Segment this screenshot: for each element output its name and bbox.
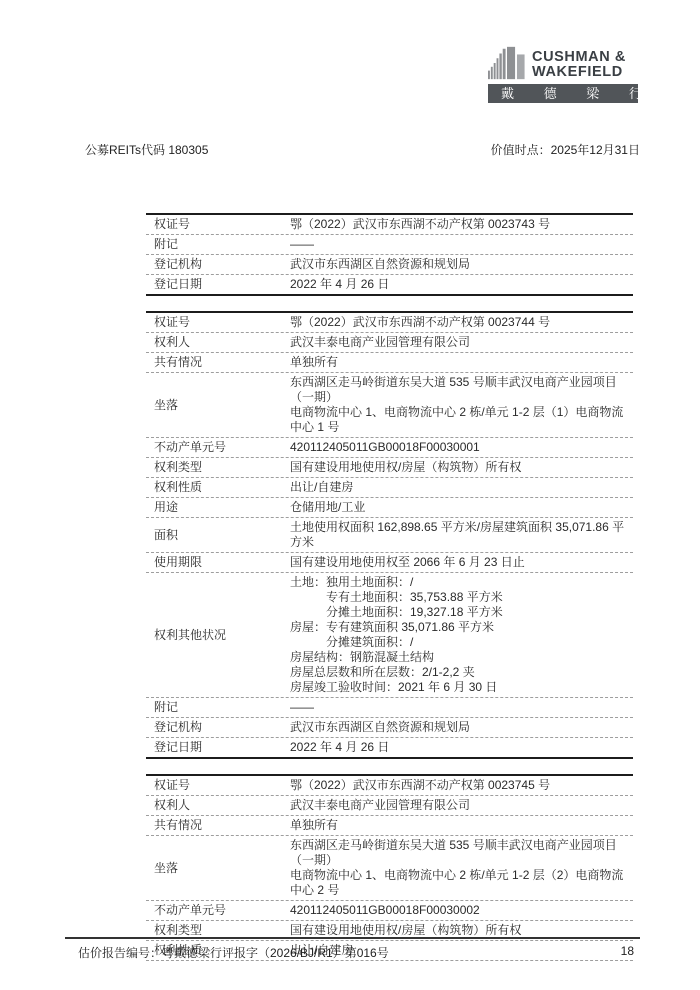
table-row: 使用期限国有建设用地使用权至 2066 年 6 月 23 日止: [146, 552, 633, 572]
field-label: 权证号: [146, 217, 290, 232]
field-value-line: 武汉丰泰电商产业园管理有限公司: [290, 798, 629, 813]
field-value: 单独所有: [290, 355, 633, 370]
table-row: 坐落东西湖区走马岭街道东吴大道 535 号顺丰武汉电商产业园项目（一期）电商物流…: [146, 835, 633, 900]
field-value: 武汉丰泰电商产业园管理有限公司: [290, 335, 633, 350]
field-value: 420112405011GB00018F00030001: [290, 440, 633, 455]
table-row: 权利人武汉丰泰电商产业园管理有限公司: [146, 795, 633, 815]
table-row: 不动产单元号420112405011GB00018F00030001: [146, 437, 633, 457]
certificate-table-0023743: 权证号鄂（2022）武汉市东西湖不动产权第 0023743 号附记——登记机构武…: [146, 213, 633, 296]
page-footer: 估价报告编号：粤戴德梁行评报字（2026/BJ/R1）第016号 18: [65, 937, 640, 961]
field-value-line: 国有建设用地使用权/房屋（构筑物）所有权: [290, 460, 629, 475]
brand-chinese-name: 戴 德 梁 行: [488, 84, 638, 103]
field-label: 登记机构: [146, 257, 290, 272]
field-value-line: 2022 年 4 月 26 日: [290, 277, 629, 292]
table-row: 面积土地使用权面积 162,898.65 平方米/房屋建筑面积 35,071.8…: [146, 517, 633, 552]
field-value-line: 专有土地面积：35,753.88 平方米: [290, 590, 629, 605]
field-value: 出让/自建房: [290, 480, 633, 495]
report-number: 估价报告编号：粤戴德梁行评报字（2026/BJ/R1）第016号: [78, 944, 389, 961]
field-label: 共有情况: [146, 818, 290, 833]
reit-code-label: 公募REITs代码 180305: [85, 141, 208, 158]
table-row: 登记日期2022 年 4 月 26 日: [146, 737, 633, 757]
field-label: 权利类型: [146, 923, 290, 938]
brand-wordmark: CUSHMAN & WAKEFIELD: [532, 50, 626, 80]
field-value: 土地：独用土地面积：/ 专有土地面积：35,753.88 平方米 分摊土地面积：…: [290, 575, 633, 695]
field-value: 2022 年 4 月 26 日: [290, 277, 633, 292]
field-value-line: 东西湖区走马岭街道东吴大道 535 号顺丰武汉电商产业园项目（一期）: [290, 838, 629, 868]
field-value: 武汉丰泰电商产业园管理有限公司: [290, 798, 633, 813]
field-label: 面积: [146, 528, 290, 543]
table-row: 附记——: [146, 697, 633, 717]
field-value-line: 鄂（2022）武汉市东西湖不动产权第 0023745 号: [290, 778, 629, 793]
logo-top-row: CUSHMAN & WAKEFIELD: [488, 46, 638, 80]
field-label: 权利其他状况: [146, 628, 290, 643]
field-value: 鄂（2022）武汉市东西湖不动产权第 0023745 号: [290, 778, 633, 793]
value-date-label: 价值时点：2025年12月31日: [491, 141, 640, 158]
field-value-line: 电商物流中心 1、电商物流中心 2 栋/单元 1-2 层（2）电商物流中心 2 …: [290, 868, 629, 898]
field-value: ——: [290, 700, 633, 715]
footer-row: 估价报告编号：粤戴德梁行评报字（2026/BJ/R1）第016号 18: [65, 939, 640, 961]
field-label: 登记日期: [146, 740, 290, 755]
field-value-line: 武汉市东西湖区自然资源和规划局: [290, 720, 629, 735]
field-label: 共有情况: [146, 355, 290, 370]
field-label: 使用期限: [146, 555, 290, 570]
table-row: 共有情况单独所有: [146, 352, 633, 372]
field-label: 权利类型: [146, 460, 290, 475]
field-label: 登记日期: [146, 277, 290, 292]
page-number: 18: [621, 944, 634, 961]
field-value-line: 420112405011GB00018F00030002: [290, 903, 629, 918]
field-label: 坐落: [146, 861, 290, 876]
field-value: 420112405011GB00018F00030002: [290, 903, 633, 918]
field-label: 附记: [146, 700, 290, 715]
field-value-line: 房屋结构：钢筋混凝土结构: [290, 650, 629, 665]
field-value-line: 国有建设用地使用权至 2066 年 6 月 23 日止: [290, 555, 629, 570]
brand-wordmark-line1: CUSHMAN &: [532, 50, 626, 65]
table-row: 权利人武汉丰泰电商产业园管理有限公司: [146, 332, 633, 352]
field-value-line: 420112405011GB00018F00030001: [290, 440, 629, 455]
field-value: 武汉市东西湖区自然资源和规划局: [290, 257, 633, 272]
table-row: 附记——: [146, 234, 633, 254]
field-label: 权证号: [146, 778, 290, 793]
field-label: 权利人: [146, 335, 290, 350]
table-row: 权证号鄂（2022）武汉市东西湖不动产权第 0023744 号: [146, 313, 633, 332]
table-row: 权利类型国有建设用地使用权/房屋（构筑物）所有权: [146, 457, 633, 477]
table-row: 不动产单元号420112405011GB00018F00030002: [146, 900, 633, 920]
field-value-line: 东西湖区走马岭街道东吴大道 535 号顺丰武汉电商产业园项目（一期）: [290, 375, 629, 405]
field-value-line: 鄂（2022）武汉市东西湖不动产权第 0023743 号: [290, 217, 629, 232]
field-value-line: 房屋：专有建筑面积 35,071.86 平方米: [290, 620, 629, 635]
field-value-line: 鄂（2022）武汉市东西湖不动产权第 0023744 号: [290, 315, 629, 330]
field-value-line: ——: [290, 237, 629, 252]
field-value: 国有建设用地使用权/房屋（构筑物）所有权: [290, 923, 633, 938]
certificate-tables: 权证号鄂（2022）武汉市东西湖不动产权第 0023743 号附记——登记机构武…: [146, 213, 633, 961]
field-value: 东西湖区走马岭街道东吴大道 535 号顺丰武汉电商产业园项目（一期）电商物流中心…: [290, 838, 633, 898]
field-value-line: 电商物流中心 1、电商物流中心 2 栋/单元 1-2 层（1）电商物流中心 1 …: [290, 405, 629, 435]
table-row: 登记日期2022 年 4 月 26 日: [146, 274, 633, 294]
field-value: 仓储用地/工业: [290, 500, 633, 515]
field-value: 单独所有: [290, 818, 633, 833]
field-value-line: 房屋竣工验收时间：2021 年 6 月 30 日: [290, 680, 629, 695]
field-label: 用途: [146, 500, 290, 515]
certificate-table-0023744: 权证号鄂（2022）武汉市东西湖不动产权第 0023744 号权利人武汉丰泰电商…: [146, 311, 633, 759]
certificate-table-0023745: 权证号鄂（2022）武汉市东西湖不动产权第 0023745 号权利人武汉丰泰电商…: [146, 774, 633, 961]
field-label: 权利性质: [146, 480, 290, 495]
cushman-wakefield-logo: CUSHMAN & WAKEFIELD 戴 德 梁 行: [488, 46, 638, 103]
table-row: 权利性质出让/自建房: [146, 477, 633, 497]
field-value-line: 出让/自建房: [290, 480, 629, 495]
field-value: 国有建设用地使用权/房屋（构筑物）所有权: [290, 460, 633, 475]
table-row: 共有情况单独所有: [146, 815, 633, 835]
field-value-line: 分摊土地面积：19,327.18 平方米: [290, 605, 629, 620]
brand-wordmark-line2: WAKEFIELD: [532, 65, 626, 80]
field-label: 权利人: [146, 798, 290, 813]
field-value: 2022 年 4 月 26 日: [290, 740, 633, 755]
field-value-line: 2022 年 4 月 26 日: [290, 740, 629, 755]
table-row: 登记机构武汉市东西湖区自然资源和规划局: [146, 717, 633, 737]
table-row: 权证号鄂（2022）武汉市东西湖不动产权第 0023745 号: [146, 776, 633, 795]
field-value: 鄂（2022）武汉市东西湖不动产权第 0023743 号: [290, 217, 633, 232]
field-value: 土地使用权面积 162,898.65 平方米/房屋建筑面积 35,071.86 …: [290, 520, 633, 550]
field-label: 登记机构: [146, 720, 290, 735]
field-value-line: 武汉丰泰电商产业园管理有限公司: [290, 335, 629, 350]
field-value: 国有建设用地使用权至 2066 年 6 月 23 日止: [290, 555, 633, 570]
table-row: 权证号鄂（2022）武汉市东西湖不动产权第 0023743 号: [146, 215, 633, 234]
field-value-line: 分摊建筑面积：/: [290, 635, 629, 650]
field-value-line: 武汉市东西湖区自然资源和规划局: [290, 257, 629, 272]
header-meta: 公募REITs代码 180305 价值时点：2025年12月31日: [85, 141, 640, 158]
field-value-line: 仓储用地/工业: [290, 500, 629, 515]
table-row: 坐落东西湖区走马岭街道东吴大道 535 号顺丰武汉电商产业园项目（一期）电商物流…: [146, 372, 633, 437]
field-value: 武汉市东西湖区自然资源和规划局: [290, 720, 633, 735]
field-value-line: 土地使用权面积 162,898.65 平方米/房屋建筑面积 35,071.86 …: [290, 520, 629, 550]
field-value-line: 单独所有: [290, 818, 629, 833]
field-value-line: 土地：独用土地面积：/: [290, 575, 629, 590]
field-value-line: 国有建设用地使用权/房屋（构筑物）所有权: [290, 923, 629, 938]
report-page: CUSHMAN & WAKEFIELD 戴 德 梁 行 公募REITs代码 18…: [0, 0, 700, 990]
table-row: 用途仓储用地/工业: [146, 497, 633, 517]
table-row: 权利其他状况土地：独用土地面积：/ 专有土地面积：35,753.88 平方米 分…: [146, 572, 633, 697]
field-label: 权证号: [146, 315, 290, 330]
field-label: 不动产单元号: [146, 440, 290, 455]
field-label: 不动产单元号: [146, 903, 290, 918]
field-value-line: 单独所有: [290, 355, 629, 370]
field-value: ——: [290, 237, 633, 252]
field-label: 坐落: [146, 398, 290, 413]
field-value: 东西湖区走马岭街道东吴大道 535 号顺丰武汉电商产业园项目（一期）电商物流中心…: [290, 375, 633, 435]
field-label: 附记: [146, 237, 290, 252]
field-value-line: 房屋总层数和所在层数：2/1-2,2 夹: [290, 665, 629, 680]
table-row: 登记机构武汉市东西湖区自然资源和规划局: [146, 254, 633, 274]
field-value-line: ——: [290, 700, 629, 715]
building-bars-icon: [488, 46, 526, 80]
field-value: 鄂（2022）武汉市东西湖不动产权第 0023744 号: [290, 315, 633, 330]
